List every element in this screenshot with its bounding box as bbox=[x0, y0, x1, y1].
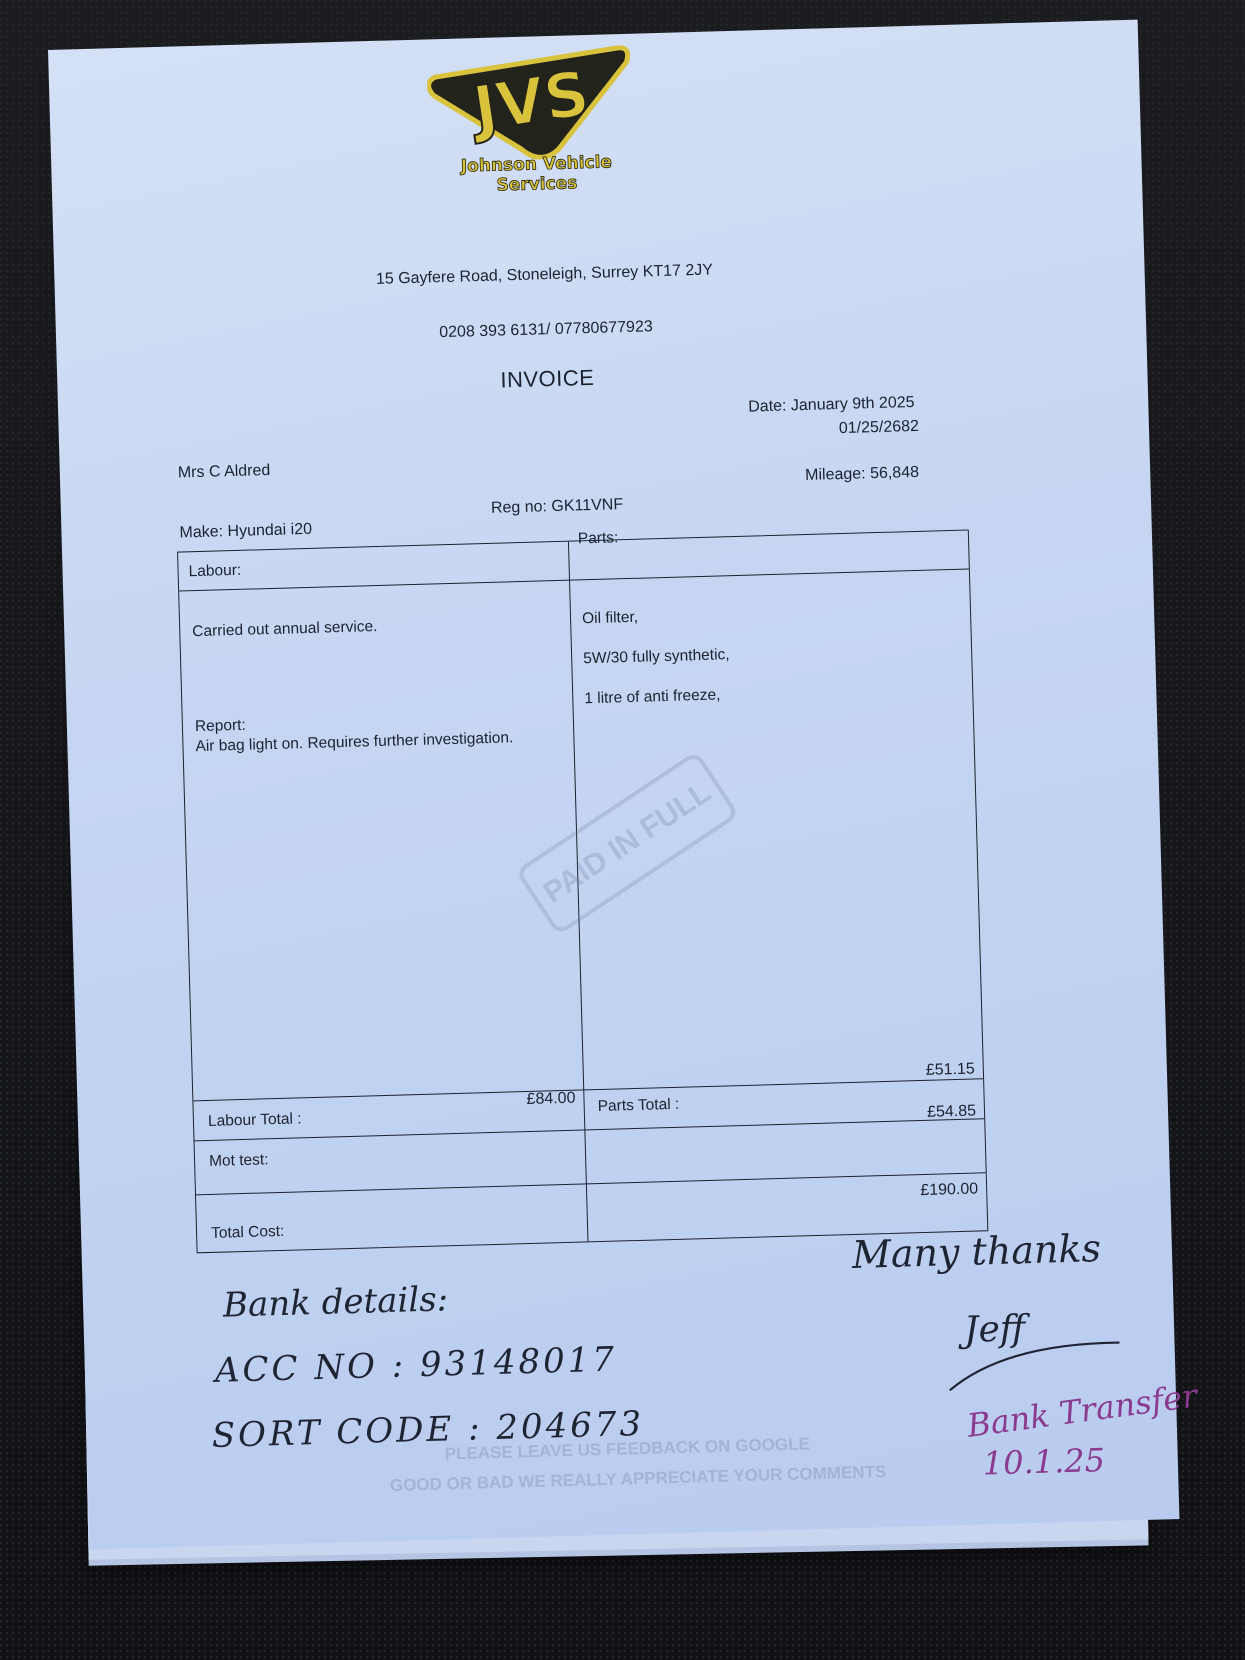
bank-details-heading: Bank details: bbox=[223, 1279, 449, 1325]
parts-item: 5W/30 fully synthetic, bbox=[583, 645, 730, 669]
customer-name: Mrs C Aldred bbox=[178, 462, 271, 483]
report-label: Report: bbox=[195, 716, 246, 737]
invoice-reference: 01/25/2682 bbox=[839, 418, 920, 438]
labour-description: Carried out annual service. bbox=[192, 617, 378, 642]
header-divider bbox=[179, 568, 969, 591]
labour-header: Labour: bbox=[188, 561, 241, 582]
company-phone: 0208 393 6131/ 07780677923 bbox=[56, 308, 1036, 353]
jvs-logo: JVS bbox=[426, 42, 639, 163]
total-divider bbox=[196, 1172, 986, 1195]
signature-underline bbox=[944, 1330, 1126, 1395]
vehicle-make: Make: Hyundai i20 bbox=[179, 521, 312, 543]
parts-item: 1 litre of anti freeze, bbox=[584, 685, 731, 709]
total-cost-label: Total Cost: bbox=[211, 1222, 285, 1244]
vehicle-mileage: Mileage: 56,848 bbox=[805, 464, 919, 485]
totals-divider bbox=[193, 1078, 983, 1101]
parts-item: Oil filter, bbox=[582, 605, 729, 629]
parts-total-value: £51.15 bbox=[883, 1061, 975, 1082]
invoice-date: Date: January 9th 2025 bbox=[748, 394, 915, 417]
total-cost-value: £190.00 bbox=[876, 1180, 978, 1201]
vehicle-registration: Reg no: GK11VNF bbox=[491, 496, 624, 518]
mot-value: £54.85 bbox=[884, 1103, 976, 1124]
mot-divider bbox=[195, 1118, 985, 1141]
parts-total-label: Parts Total : bbox=[597, 1095, 679, 1117]
parts-list: Oil filter, 5W/30 fully synthetic, 1 lit… bbox=[581, 585, 731, 729]
feedback-footer-line2: GOOD OR BAD WE REALLY APPRECIATE YOUR CO… bbox=[318, 1460, 958, 1498]
labour-total-value: £84.00 bbox=[493, 1090, 575, 1110]
company-name: Johnson Vehicle Services bbox=[421, 151, 652, 197]
payment-date: 10.1.25 bbox=[982, 1441, 1105, 1482]
labour-total-label: Labour Total : bbox=[208, 1109, 302, 1132]
parts-header: Parts: bbox=[578, 528, 619, 549]
invoice-page: JVS Johnson Vehicle Services 15 Gayfere … bbox=[48, 20, 1179, 1550]
mot-label: Mot test: bbox=[209, 1150, 269, 1172]
thanks-note: Many thanks bbox=[851, 1226, 1101, 1277]
company-address: 15 Gayfere Road, Stoneleigh, Surrey KT17… bbox=[54, 253, 1034, 298]
bank-account-number: ACC NO : 93148017 bbox=[214, 1340, 617, 1391]
